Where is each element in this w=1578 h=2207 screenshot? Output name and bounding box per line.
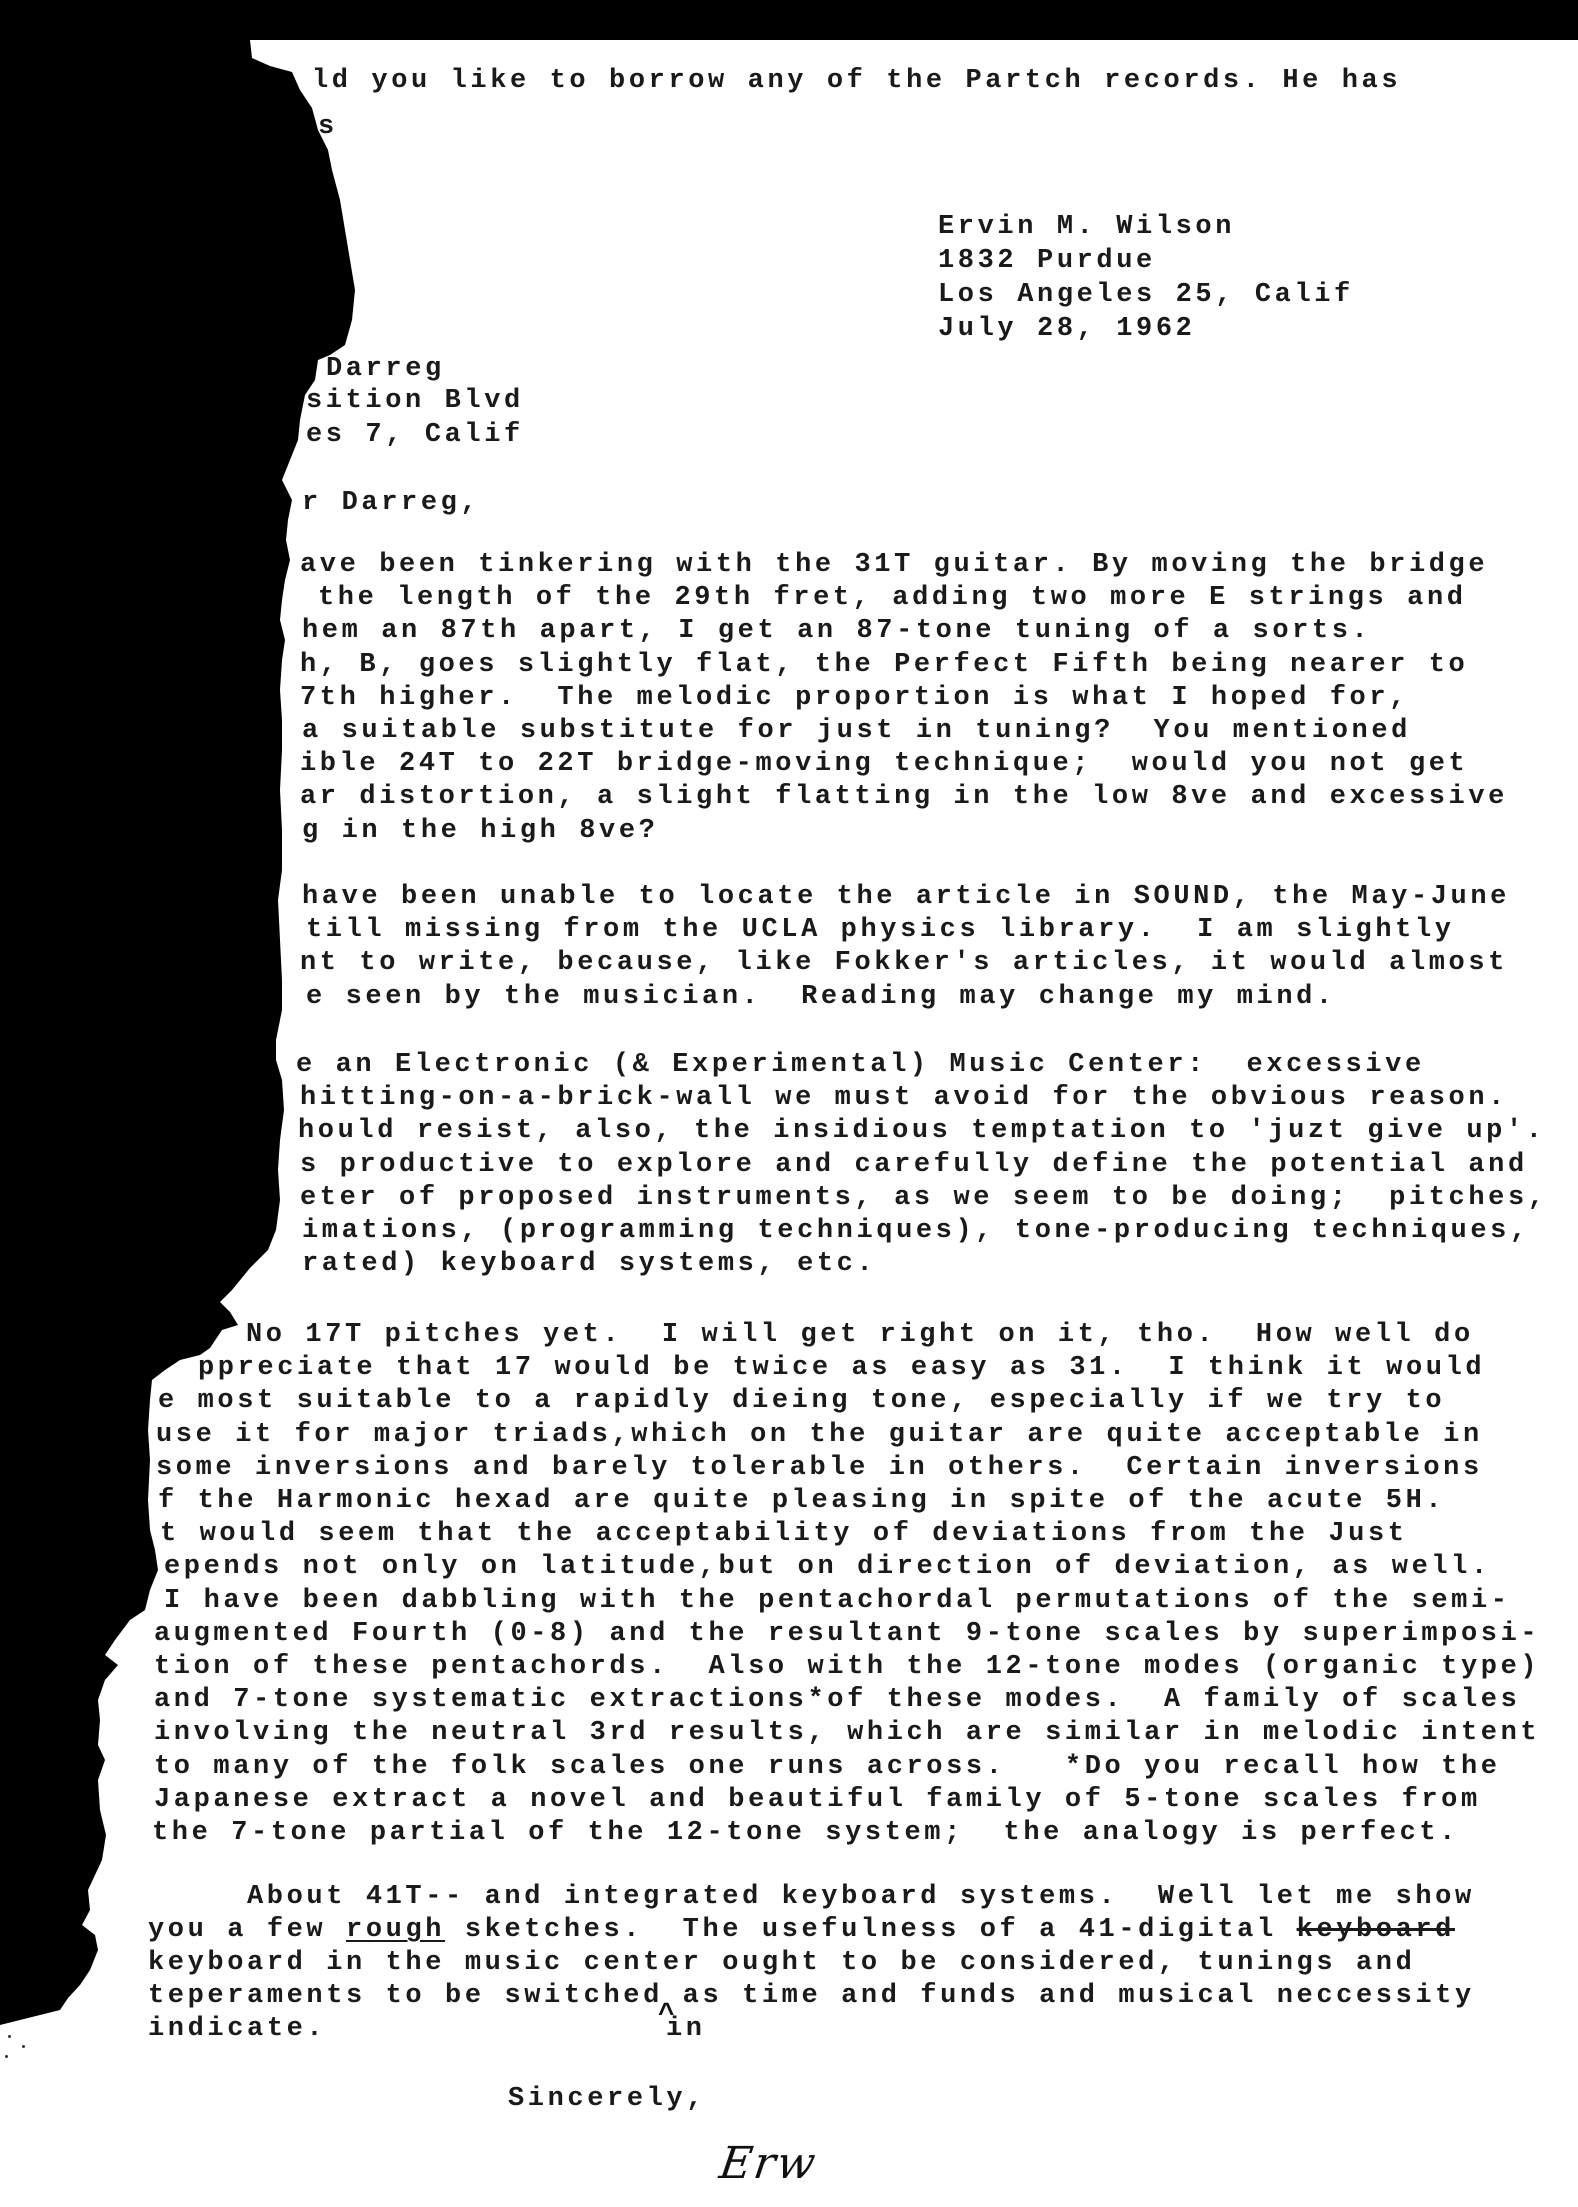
body-line: use it for major triads,which on the gui…	[156, 1420, 1483, 1450]
body-line: augmented Fourth (0-8) and the resultant…	[154, 1619, 1540, 1649]
body-line: a suitable substitute for just in tuning…	[302, 716, 1411, 746]
body-line: Japanese extract a novel and beautiful f…	[154, 1785, 1481, 1815]
body-line: No 17T pitches yet. I will get right on …	[246, 1320, 1474, 1350]
sender-name: Ervin M. Wilson	[938, 212, 1235, 242]
struck-word: keyboard	[1297, 1915, 1455, 1945]
body-line: have been unable to locate the article i…	[302, 882, 1510, 912]
top-fragment-line-2: s	[318, 112, 338, 142]
insertion-word: in	[666, 2014, 706, 2044]
body-line: ible 24T to 22T bridge-moving technique;…	[300, 749, 1468, 779]
body-line: ave been tinkering with the 31T guitar. …	[300, 550, 1488, 580]
closing-line-5: indicate.	[148, 2014, 326, 2044]
closing-line-3: keyboard in the music center ought to be…	[148, 1948, 1415, 1978]
closing-line-4: teperaments to be switched as time and f…	[148, 1981, 1475, 2011]
closing-line-1: About 41T-- and integrated keyboard syst…	[247, 1882, 1475, 1912]
recipient-street: sition Blvd	[306, 386, 524, 416]
letter-date: July 28, 1962	[938, 314, 1195, 344]
body-line: e most suitable to a rapidly dieing tone…	[158, 1386, 1445, 1416]
body-line: h, B, goes slightly flat, the Perfect Fi…	[300, 650, 1468, 680]
body-line: the length of the 29th fret, adding two …	[318, 583, 1467, 613]
body-line: nt to write, because, like Fokker's arti…	[300, 948, 1508, 978]
scan-speck	[22, 2045, 25, 2048]
underlined-word: rough	[346, 1915, 445, 1945]
body-line: imations, (programming techniques), tone…	[302, 1216, 1530, 1246]
body-line: epends not only on latitude,but on direc…	[164, 1552, 1491, 1582]
scan-speck	[8, 2035, 11, 2038]
body-line: hitting-on-a-brick-wall we must avoid fo…	[300, 1083, 1508, 1113]
body-line: g in the high 8ve?	[302, 816, 658, 846]
scan-top-border	[0, 0, 1578, 40]
closing-line-2: you a few rough sketches. The usefulness…	[148, 1915, 1455, 1945]
sender-street: 1832 Purdue	[938, 246, 1156, 276]
sender-city: Los Angeles 25, Calif	[938, 280, 1354, 310]
body-line: e seen by the musician. Reading may chan…	[306, 982, 1336, 1012]
body-line: ar distortion, a slight flatting in the …	[300, 782, 1508, 812]
body-line: e an Electronic (& Experimental) Music C…	[296, 1050, 1425, 1080]
scan-speck	[5, 2055, 8, 2058]
body-line: f the Harmonic hexad are quite pleasing …	[158, 1486, 1445, 1516]
body-line: hould resist, also, the insidious tempta…	[298, 1116, 1546, 1146]
body-line: I have been dabbling with the pentachord…	[164, 1586, 1511, 1616]
body-line: till missing from the UCLA physics libra…	[306, 915, 1455, 945]
body-line: s productive to explore and carefully de…	[300, 1150, 1528, 1180]
body-line: tion of these pentachords. Also with the…	[154, 1652, 1540, 1682]
recipient-name: Darreg	[326, 354, 445, 384]
body-line: some inversions and barely tolerable in …	[156, 1453, 1483, 1483]
body-line: the 7-tone partial of the 12-tone system…	[152, 1818, 1459, 1848]
body-line: eter of proposed instruments, as we seem…	[300, 1183, 1548, 1213]
closing-salutation: Sincerely,	[508, 2084, 706, 2114]
body-line: rated) keyboard systems, etc.	[302, 1249, 876, 1279]
body-line: hem an 87th apart, I get an 87-tone tuni…	[302, 616, 1371, 646]
closing-line-2-text: you a few	[148, 1915, 346, 1945]
body-line: to many of the folk scales one runs acro…	[154, 1752, 1501, 1782]
salutation: r Darreg,	[302, 488, 480, 518]
recipient-city: es 7, Calif	[306, 420, 524, 450]
body-line: 7th higher. The melodic proportion is wh…	[300, 683, 1409, 713]
top-fragment-line-1: ld you like to borrow any of the Partch …	[312, 66, 1401, 96]
body-line: ppreciate that 17 would be twice as easy…	[198, 1353, 1485, 1383]
body-line: t would seem that the acceptability of d…	[160, 1519, 1408, 1549]
closing-line-2-mid: sketches. The usefulness of a 41-digital	[445, 1915, 1297, 1945]
handwritten-signature: Erw	[716, 2138, 820, 2189]
body-line: and 7-tone systematic extractions*of the…	[154, 1685, 1520, 1715]
body-line: involving the neutral 3rd results, which…	[154, 1718, 1540, 1748]
